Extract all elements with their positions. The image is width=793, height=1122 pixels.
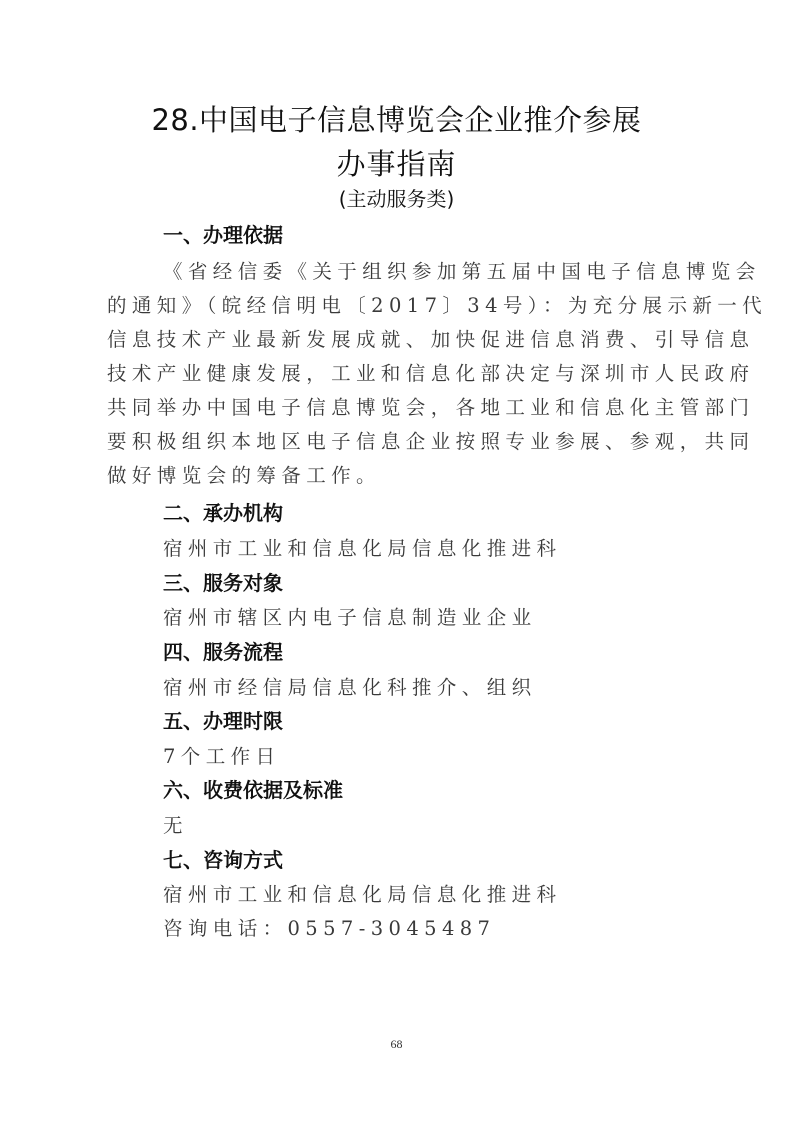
section-heading-time-limit: 五、办理时限 bbox=[163, 705, 283, 734]
section-heading-basis: 一、办理依据 bbox=[163, 219, 283, 248]
document-page: 28.中国电子信息博览会企业推介参展 办事指南 (主动服务类) 一、办理依据 《… bbox=[0, 0, 793, 1122]
contact-phone: 咨询电话：0557-3045487 bbox=[163, 913, 495, 941]
document-title: 28.中国电子信息博览会企业推介参展 bbox=[0, 98, 793, 139]
section-heading-organizer: 二、承办机构 bbox=[163, 497, 283, 526]
fees-text: 无 bbox=[163, 810, 188, 838]
document-subtitle: 办事指南 bbox=[0, 142, 793, 183]
time-limit-text: 7个工作日 bbox=[163, 741, 280, 769]
paragraph-line: 的通知》（皖经信明电〔2017〕34号）：为充分展示新一代 bbox=[107, 290, 767, 318]
paragraph-line: 《省经信委《关于组织参加第五届中国电子信息博览会 bbox=[163, 256, 761, 284]
paragraph-line: 技术产业健康发展，工业和信息化部决定与深圳市人民政府 bbox=[107, 358, 754, 386]
section-heading-process: 四、服务流程 bbox=[163, 636, 283, 665]
document-category: (主动服务类) bbox=[0, 183, 793, 212]
section-heading-target: 三、服务对象 bbox=[163, 567, 283, 596]
page-number: 68 bbox=[0, 1037, 793, 1052]
target-text: 宿州市辖区内电子信息制造业企业 bbox=[163, 602, 537, 630]
paragraph-line: 共同举办中国电子信息博览会，各地工业和信息化主管部门 bbox=[107, 392, 754, 420]
process-text: 宿州市经信局信息化科推介、组织 bbox=[163, 672, 537, 700]
organizer-text: 宿州市工业和信息化局信息化推进科 bbox=[163, 533, 561, 561]
section-heading-contact: 七、咨询方式 bbox=[163, 844, 283, 873]
section-heading-fees: 六、收费依据及标准 bbox=[163, 774, 343, 803]
contact-department: 宿州市工业和信息化局信息化推进科 bbox=[163, 879, 561, 907]
paragraph-line: 信息技术产业最新发展成就、加快促进信息消费、引导信息 bbox=[107, 324, 754, 352]
paragraph-line: 要积极组织本地区电子信息企业按照专业参展、参观，共同 bbox=[107, 426, 754, 454]
paragraph-line: 做好博览会的筹备工作。 bbox=[107, 460, 381, 488]
